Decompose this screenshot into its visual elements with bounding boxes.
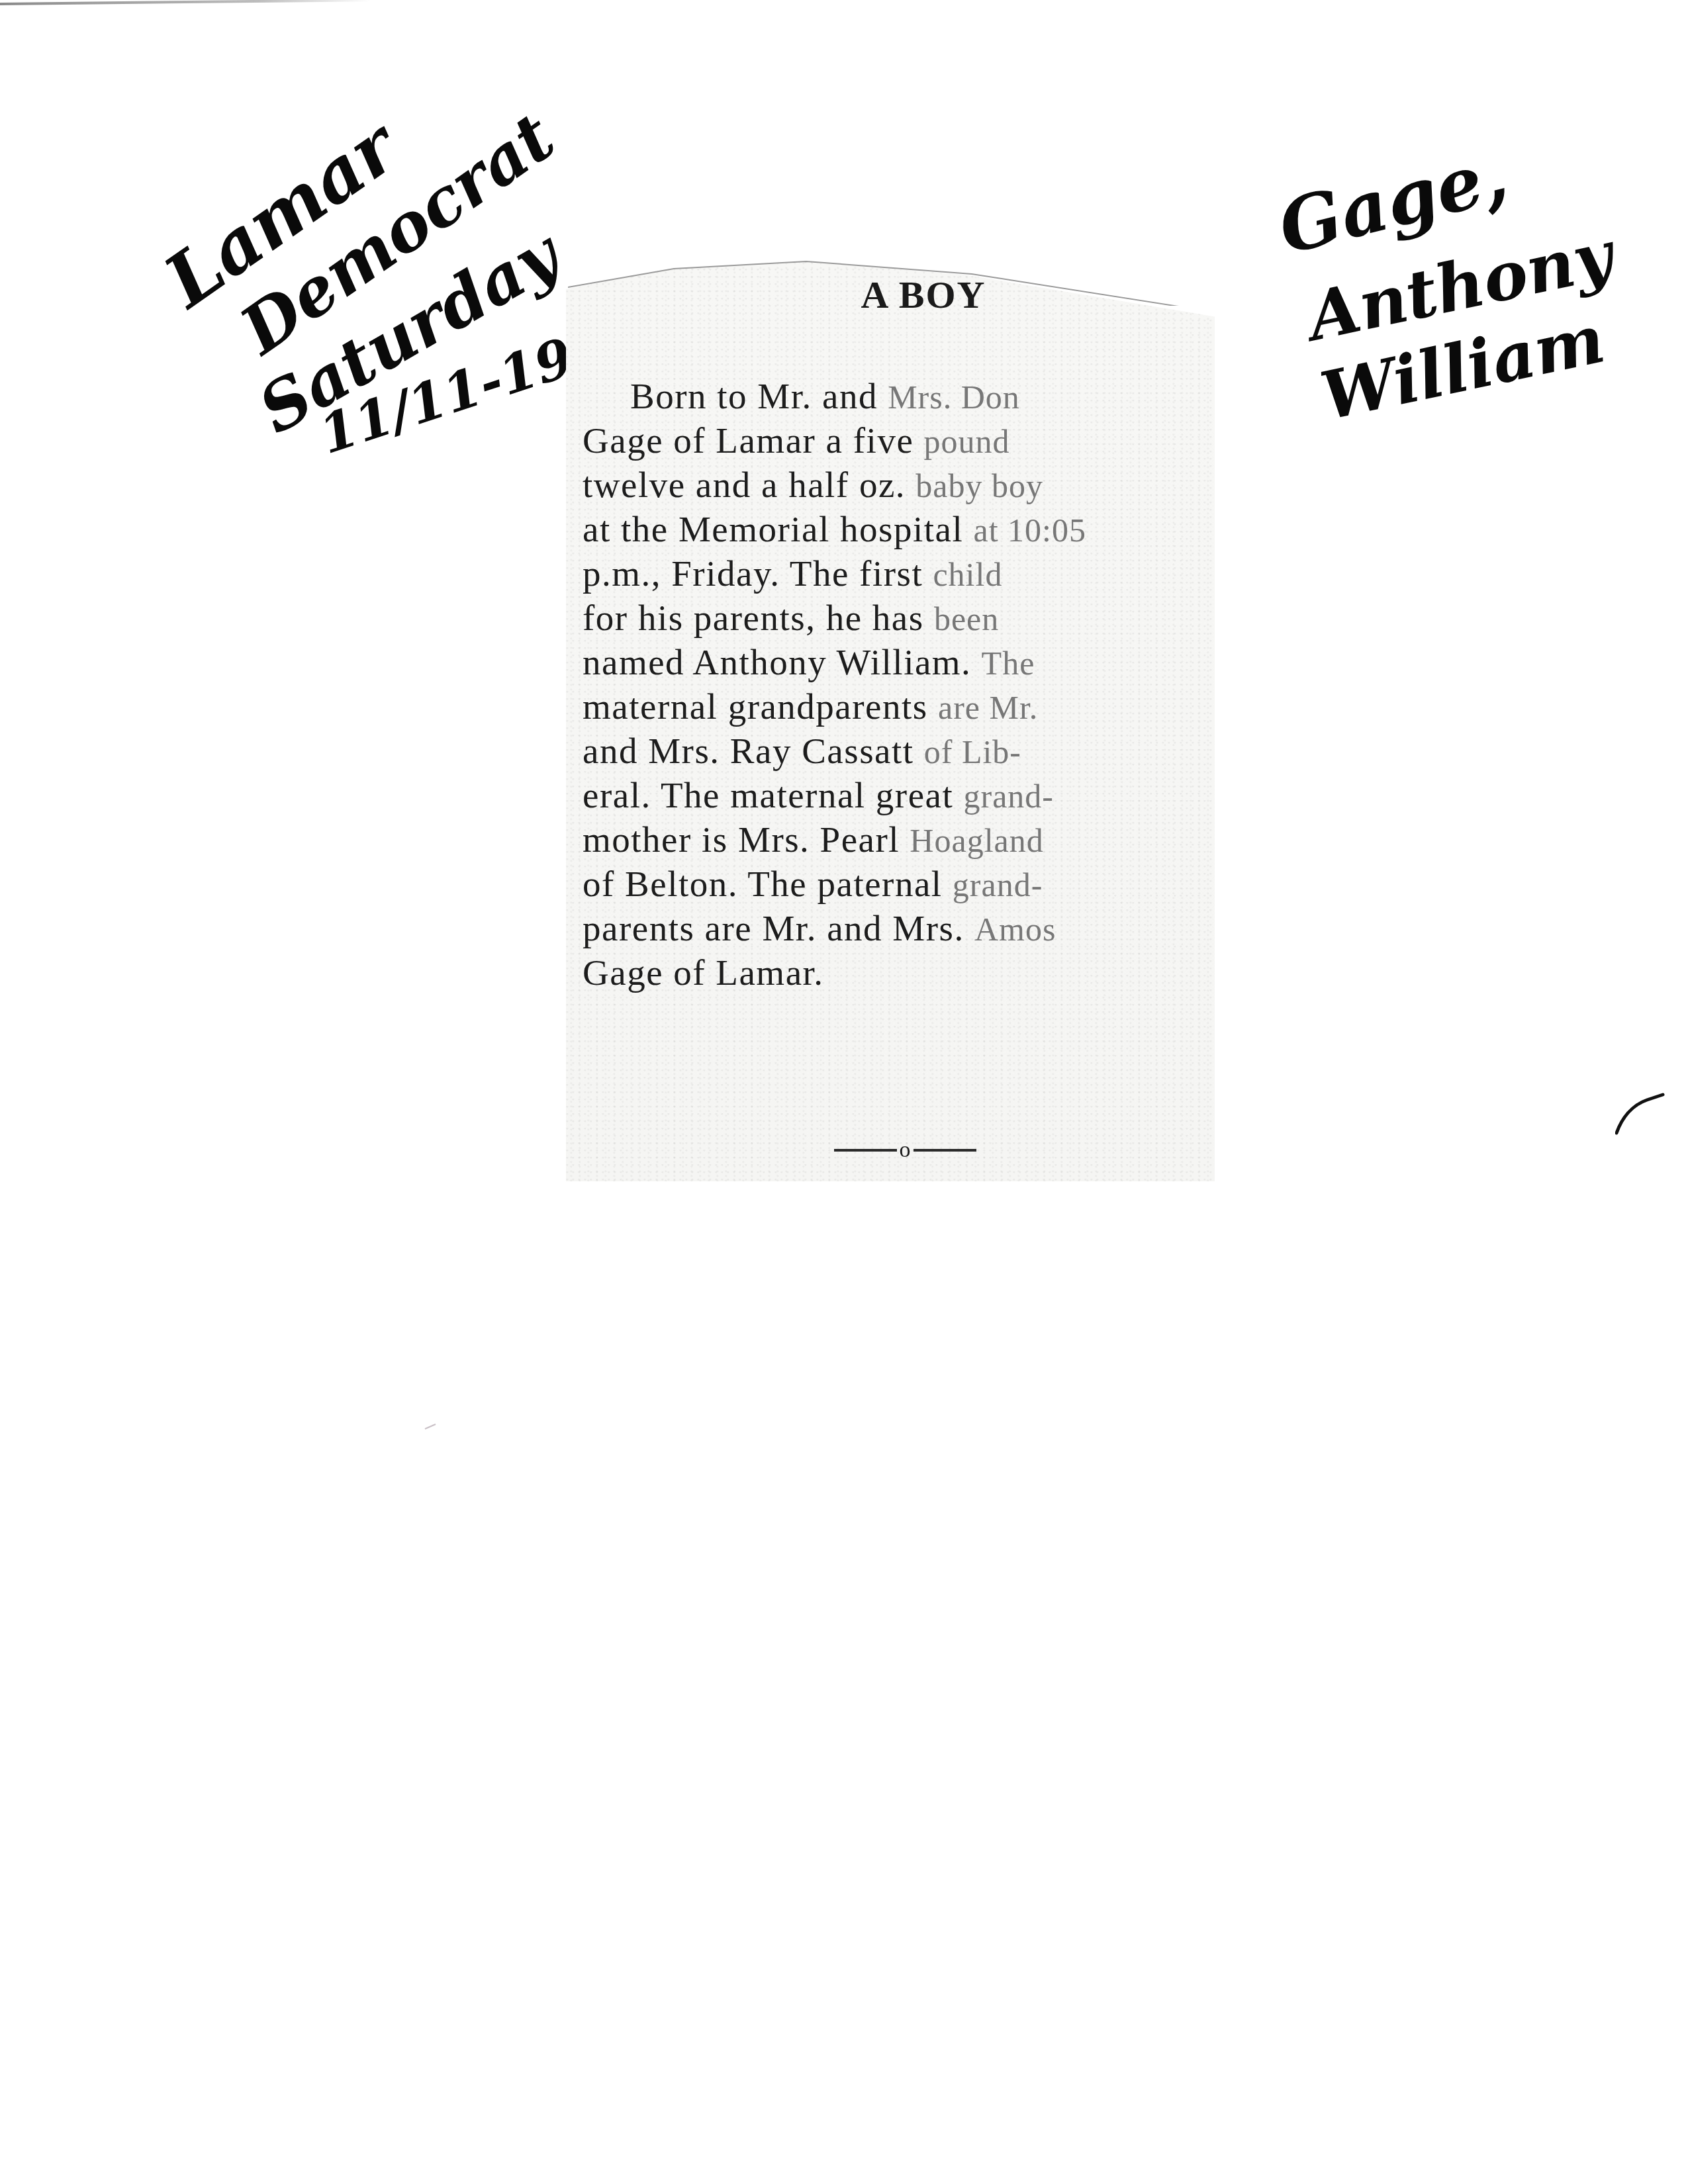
article-line-faded-text: baby boy [915, 467, 1043, 504]
stray-faint-mark [424, 1423, 437, 1430]
article-line: mother is Mrs. Pearl Hoagland [583, 817, 1218, 862]
stray-pen-mark [1615, 1085, 1668, 1138]
article-line-text: named Anthony William. [583, 642, 982, 682]
article-line: eral. The maternal great grand- [583, 773, 1218, 817]
article-line: parents are Mr. and Mrs. Amos [583, 906, 1218, 950]
article-line-faded-text: Mrs. Don [888, 379, 1020, 416]
article-line-text: mother is Mrs. Pearl [583, 819, 910, 860]
article-line-text: maternal grandparents [583, 686, 938, 727]
article-line-text: and Mrs. Ray Cassatt [583, 731, 924, 771]
article-line-faded-text: of Lib- [924, 733, 1021, 770]
clipping-headline: A BOY [841, 273, 1006, 317]
article-line: twelve and a half oz. baby boy [583, 463, 1218, 507]
article-line-faded-text: been [934, 600, 999, 637]
article-line: Gage of Lamar. [583, 950, 1218, 995]
article-line-faded-text: The [982, 645, 1035, 682]
article-line-faded-text: Amos [974, 911, 1056, 948]
article-line-faded-text: grand- [964, 778, 1055, 815]
scan-edge-line [0, 0, 371, 5]
article-line-text: Gage of Lamar a five [583, 420, 924, 461]
article-line-faded-text: Hoagland [910, 822, 1043, 859]
article-line: Gage of Lamar a five pound [583, 418, 1218, 463]
article-line: named Anthony William. The [583, 640, 1218, 684]
article-line-faded-text: pound [924, 423, 1010, 460]
article-line: of Belton. The paternal grand- [583, 862, 1218, 906]
article-line-text: parents are Mr. and Mrs. [583, 908, 974, 948]
article-line-text: twelve and a half oz. [583, 465, 915, 505]
article-line-text: for his parents, he has [583, 598, 934, 638]
article-line: for his parents, he has been [583, 596, 1218, 640]
article-line: p.m., Friday. The first child [583, 551, 1218, 596]
article-line-faded-text: are Mr. [938, 689, 1038, 726]
article-line-text: at the Memorial hospital [583, 509, 973, 549]
article-end-divider: o [822, 1137, 988, 1163]
article-line-text: eral. The maternal great [583, 775, 964, 815]
article-line: at the Memorial hospital at 10:05 [583, 507, 1218, 551]
article-line: Born to Mr. and Mrs. Don [583, 374, 1218, 418]
article-line-text: p.m., Friday. The first [583, 553, 933, 594]
article-line-text: Gage of Lamar. [583, 952, 824, 993]
divider-rule-left [834, 1149, 897, 1152]
clipping-article-body: Born to Mr. and Mrs. Don Gage of Lamar a… [583, 374, 1218, 995]
article-line-text: of Belton. The paternal [583, 864, 953, 904]
article-line: maternal grandparents are Mr. [583, 684, 1218, 729]
article-line-faded-text: child [933, 556, 1002, 593]
article-line-faded-text: at 10:05 [973, 512, 1086, 549]
article-line: and Mrs. Ray Cassatt of Lib- [583, 729, 1218, 773]
article-line-faded-text: grand- [953, 866, 1043, 903]
article-line-text: Born to Mr. and [630, 376, 888, 416]
divider-circle-glyph: o [897, 1139, 914, 1161]
divider-rule-right [914, 1149, 976, 1152]
